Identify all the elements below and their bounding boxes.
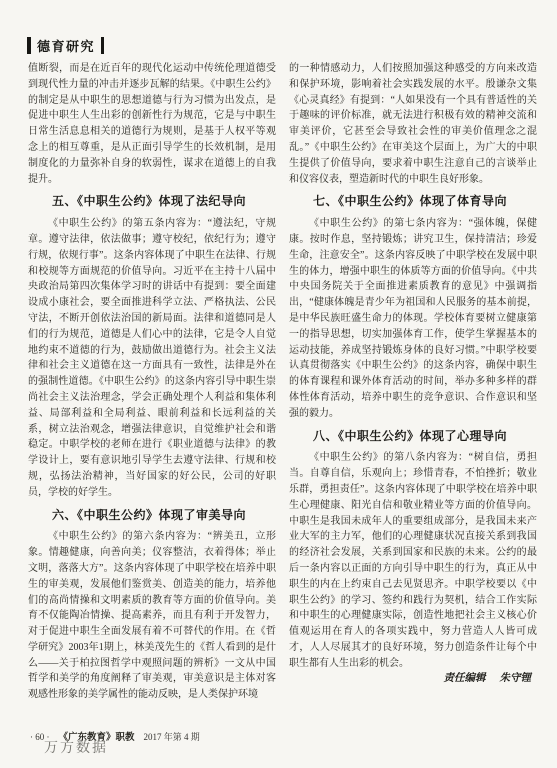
editor-label: 责任编辑	[444, 673, 486, 684]
paragraph-section-five: 《中职生公约》的第五条内容为：“遵法纪，守规章。遵守法律，依法做事；遵守校纪，依…	[28, 216, 276, 500]
section-label: 德育研究	[37, 36, 95, 55]
right-column: 的一种情感动力，人们按照加强这种感受的方向来改造和保护环境，影响着社会实践发展的…	[289, 61, 537, 703]
column-header: 德育研究	[27, 36, 104, 55]
article-body: 值断裂，而是在近百年的现代化运动中传统伦理道德受到现代性力量的冲击并逐步瓦解的结…	[28, 61, 538, 703]
editor-name: 朱守锂	[500, 673, 532, 684]
left-column: 值断裂，而是在近百年的现代化运动中传统伦理道德受到现代性力量的冲击并逐步瓦解的结…	[28, 61, 276, 703]
paragraph-section-six: 《中职生公约》的第六条内容为：“辨美丑，立形象。情趣健康，向善向美；仪容整洁，衣…	[28, 529, 276, 703]
paragraph-section-eight: 《中职生公约》的第八条内容为：“树自信，勇担当。自尊自信，乐观向上；珍惜青春，不…	[289, 450, 537, 671]
paragraph-continuation: 值断裂，而是在近百年的现代化运动中传统伦理道德受到现代性力量的冲击并逐步瓦解的结…	[28, 61, 276, 187]
issue-info: 2017 年第 4 期	[144, 730, 200, 743]
wanfang-watermark: 万方数据	[44, 737, 108, 757]
editor-credit: 责任编辑朱守锂	[289, 671, 537, 687]
header-rule-left	[27, 37, 31, 54]
section-heading-six: 六、《中职生公约》体现了审美导向	[28, 508, 276, 524]
paragraph-continuation: 的一种情感动力，人们按照加强这种感受的方向来改造和保护环境，影响着社会实践发展的…	[289, 61, 537, 187]
section-heading-five: 五、《中职生公约》体现了法纪导向	[28, 194, 276, 210]
section-heading-eight: 八、《中职生公约》体现了心理导向	[289, 429, 537, 445]
journal-page: 德育研究 值断裂，而是在近百年的现代化运动中传统伦理道德受到现代性力量的冲击并逐…	[0, 0, 557, 768]
paragraph-section-seven: 《中职生公约》的第七条内容为：“强体魄，保健康。按时作息，坚持锻炼；讲究卫生，保…	[289, 216, 537, 421]
header-rule-right	[101, 37, 104, 54]
section-heading-seven: 七、《中职生公约》体现了体育导向	[289, 194, 537, 210]
